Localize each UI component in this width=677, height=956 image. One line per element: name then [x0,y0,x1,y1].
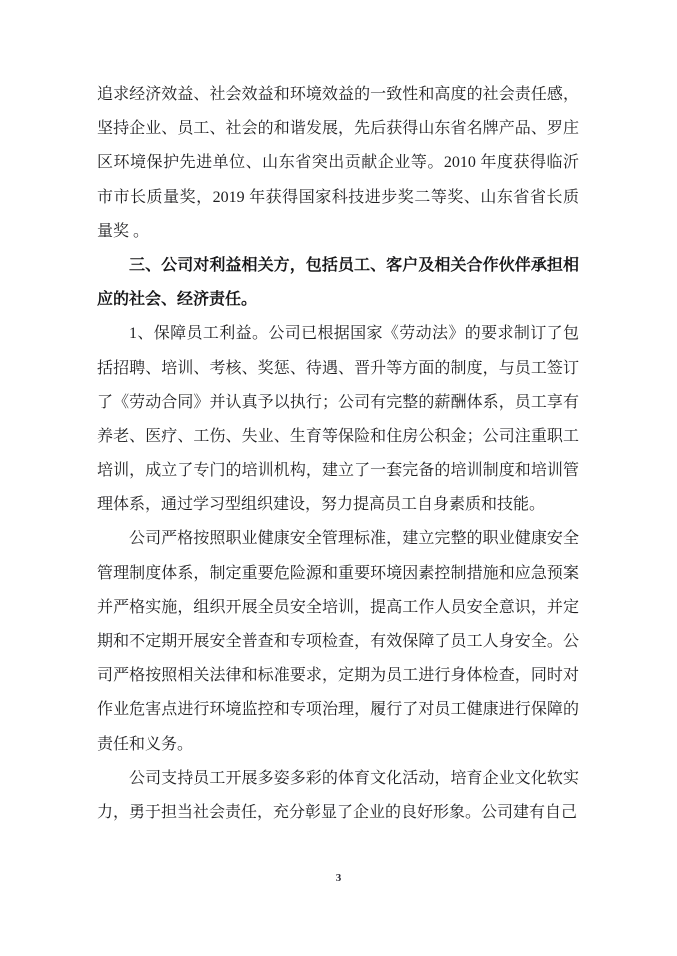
text-line: 量奖 。 [97,215,579,249]
text-line: 期和不定期开展安全普查和专项检查，有效保障了员工人身安全。公 [97,625,579,659]
text-line: 括招聘、培训、考核、奖惩、待遇、晋升等方面的制度，与员工签订 [97,352,579,386]
text-line: 责任和义务。 [97,728,579,762]
text-line: 培训，成立了专门的培训机构，建立了一套完备的培训制度和培训管 [97,454,579,488]
text-line: 1、保障员工利益。公司已根据国家《劳动法》的要求制订了包 [97,317,579,351]
heading-line: 应的社会、经济责任。 [97,283,579,317]
text-line: 区环境保护先进单位、山东省突出贡献企业等。2010 年度获得临沂 [97,146,579,180]
document-page: 追求经济效益、社会效益和环境效益的一致性和高度的社会责任感，坚持企业、员工、社会… [0,0,677,956]
text-line: 坚持企业、员工、社会的和谐发展，先后获得山东省名牌产品、罗庄 [97,112,579,146]
text-line: 司严格按照相关法律和标准要求，定期为员工进行身体检查，同时对 [97,659,579,693]
text-line: 公司严格按照职业健康安全管理标准，建立完整的职业健康安全 [97,522,579,556]
text-line: 追求经济效益、社会效益和环境效益的一致性和高度的社会责任感， [97,78,579,112]
text-line: 公司支持员工开展多姿多彩的体育文化活动，培育企业文化软实 [97,762,579,796]
text-line: 作业危害点进行环境监控和专项治理，履行了对员工健康进行保障的 [97,693,579,727]
text-line: 市市长质量奖，2019 年获得国家科技进步奖二等奖、山东省省长质 [97,181,579,215]
text-line: 并严格实施，组织开展全员安全培训，提高工作人员安全意识，并定 [97,591,579,625]
text-line: 理体系，通过学习型组织建设，努力提高员工自身素质和技能。 [97,488,579,522]
text-line: 力，勇于担当社会责任，充分彰显了企业的良好形象。公司建有自己 [97,796,579,830]
text-line: 了《劳动合同》并认真予以执行；公司有完整的薪酬体系，员工享有 [97,386,579,420]
document-body: 追求经济效益、社会效益和环境效益的一致性和高度的社会责任感，坚持企业、员工、社会… [97,78,579,830]
page-number: 3 [0,872,677,884]
text-line: 管理制度体系，制定重要危险源和重要环境因素控制措施和应急预案 [97,557,579,591]
text-line: 养老、医疗、工伤、失业、生育等保险和住房公积金；公司注重职工 [97,420,579,454]
heading-line: 三、公司对利益相关方，包括员工、客户及相关合作伙伴承担相 [97,249,579,283]
